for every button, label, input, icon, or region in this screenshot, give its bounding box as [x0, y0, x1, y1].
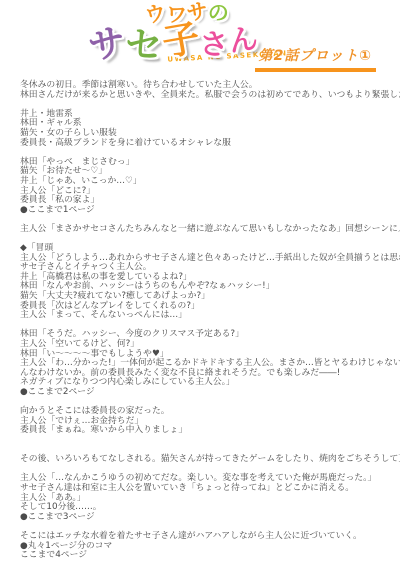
plot-document-page: ウワサの サセ子さん UWASA NO SASEKOSAN 第2話プロット① 冬…	[0, 0, 400, 567]
text-line: 林田さんだけが来るかと思いきや、全員来た。私服で会うのは初めてであり、いつもより…	[20, 91, 394, 101]
text-line	[20, 100, 394, 110]
plot-lines: 冬休みの初日。季節は割寒い。待ち合わせしていた主人公。林田さんだけが来るかと思い…	[20, 81, 394, 561]
logo-char: セ	[124, 26, 163, 65]
text-line: その後、いろいろもてなしされる。猫矢さんが持ってきたゲームをしたり、焼肉をごちそ…	[20, 455, 394, 465]
text-line: 主人公「まって、そんないっぺんには…」	[20, 311, 394, 321]
text-line	[20, 436, 394, 446]
text-line: 委員長・高級ブランドを身に着けているオシャレな服	[20, 139, 394, 149]
text-line: ここまで4ページ	[20, 551, 394, 561]
logo-char: 子	[159, 19, 202, 62]
text-line	[20, 235, 394, 245]
text-line: ●ここまで2ページ	[20, 388, 394, 398]
text-line: 主人公「まさかサセコさんたちみんなと一緒に遊ぶなんて思いもしなかったなあ」回想シ…	[20, 225, 394, 235]
logo-char: サ	[86, 23, 129, 66]
logo-char: の	[207, 2, 229, 24]
text-line: ●ここまで3ページ	[20, 513, 394, 523]
episode-label: 第2話プロット①	[255, 45, 376, 72]
text-line: 委員長「まぁね。寒いから中入りましょ」	[20, 426, 394, 436]
logo-char: さ	[199, 29, 229, 59]
text-line: ●ここまで1ページ	[20, 206, 394, 216]
